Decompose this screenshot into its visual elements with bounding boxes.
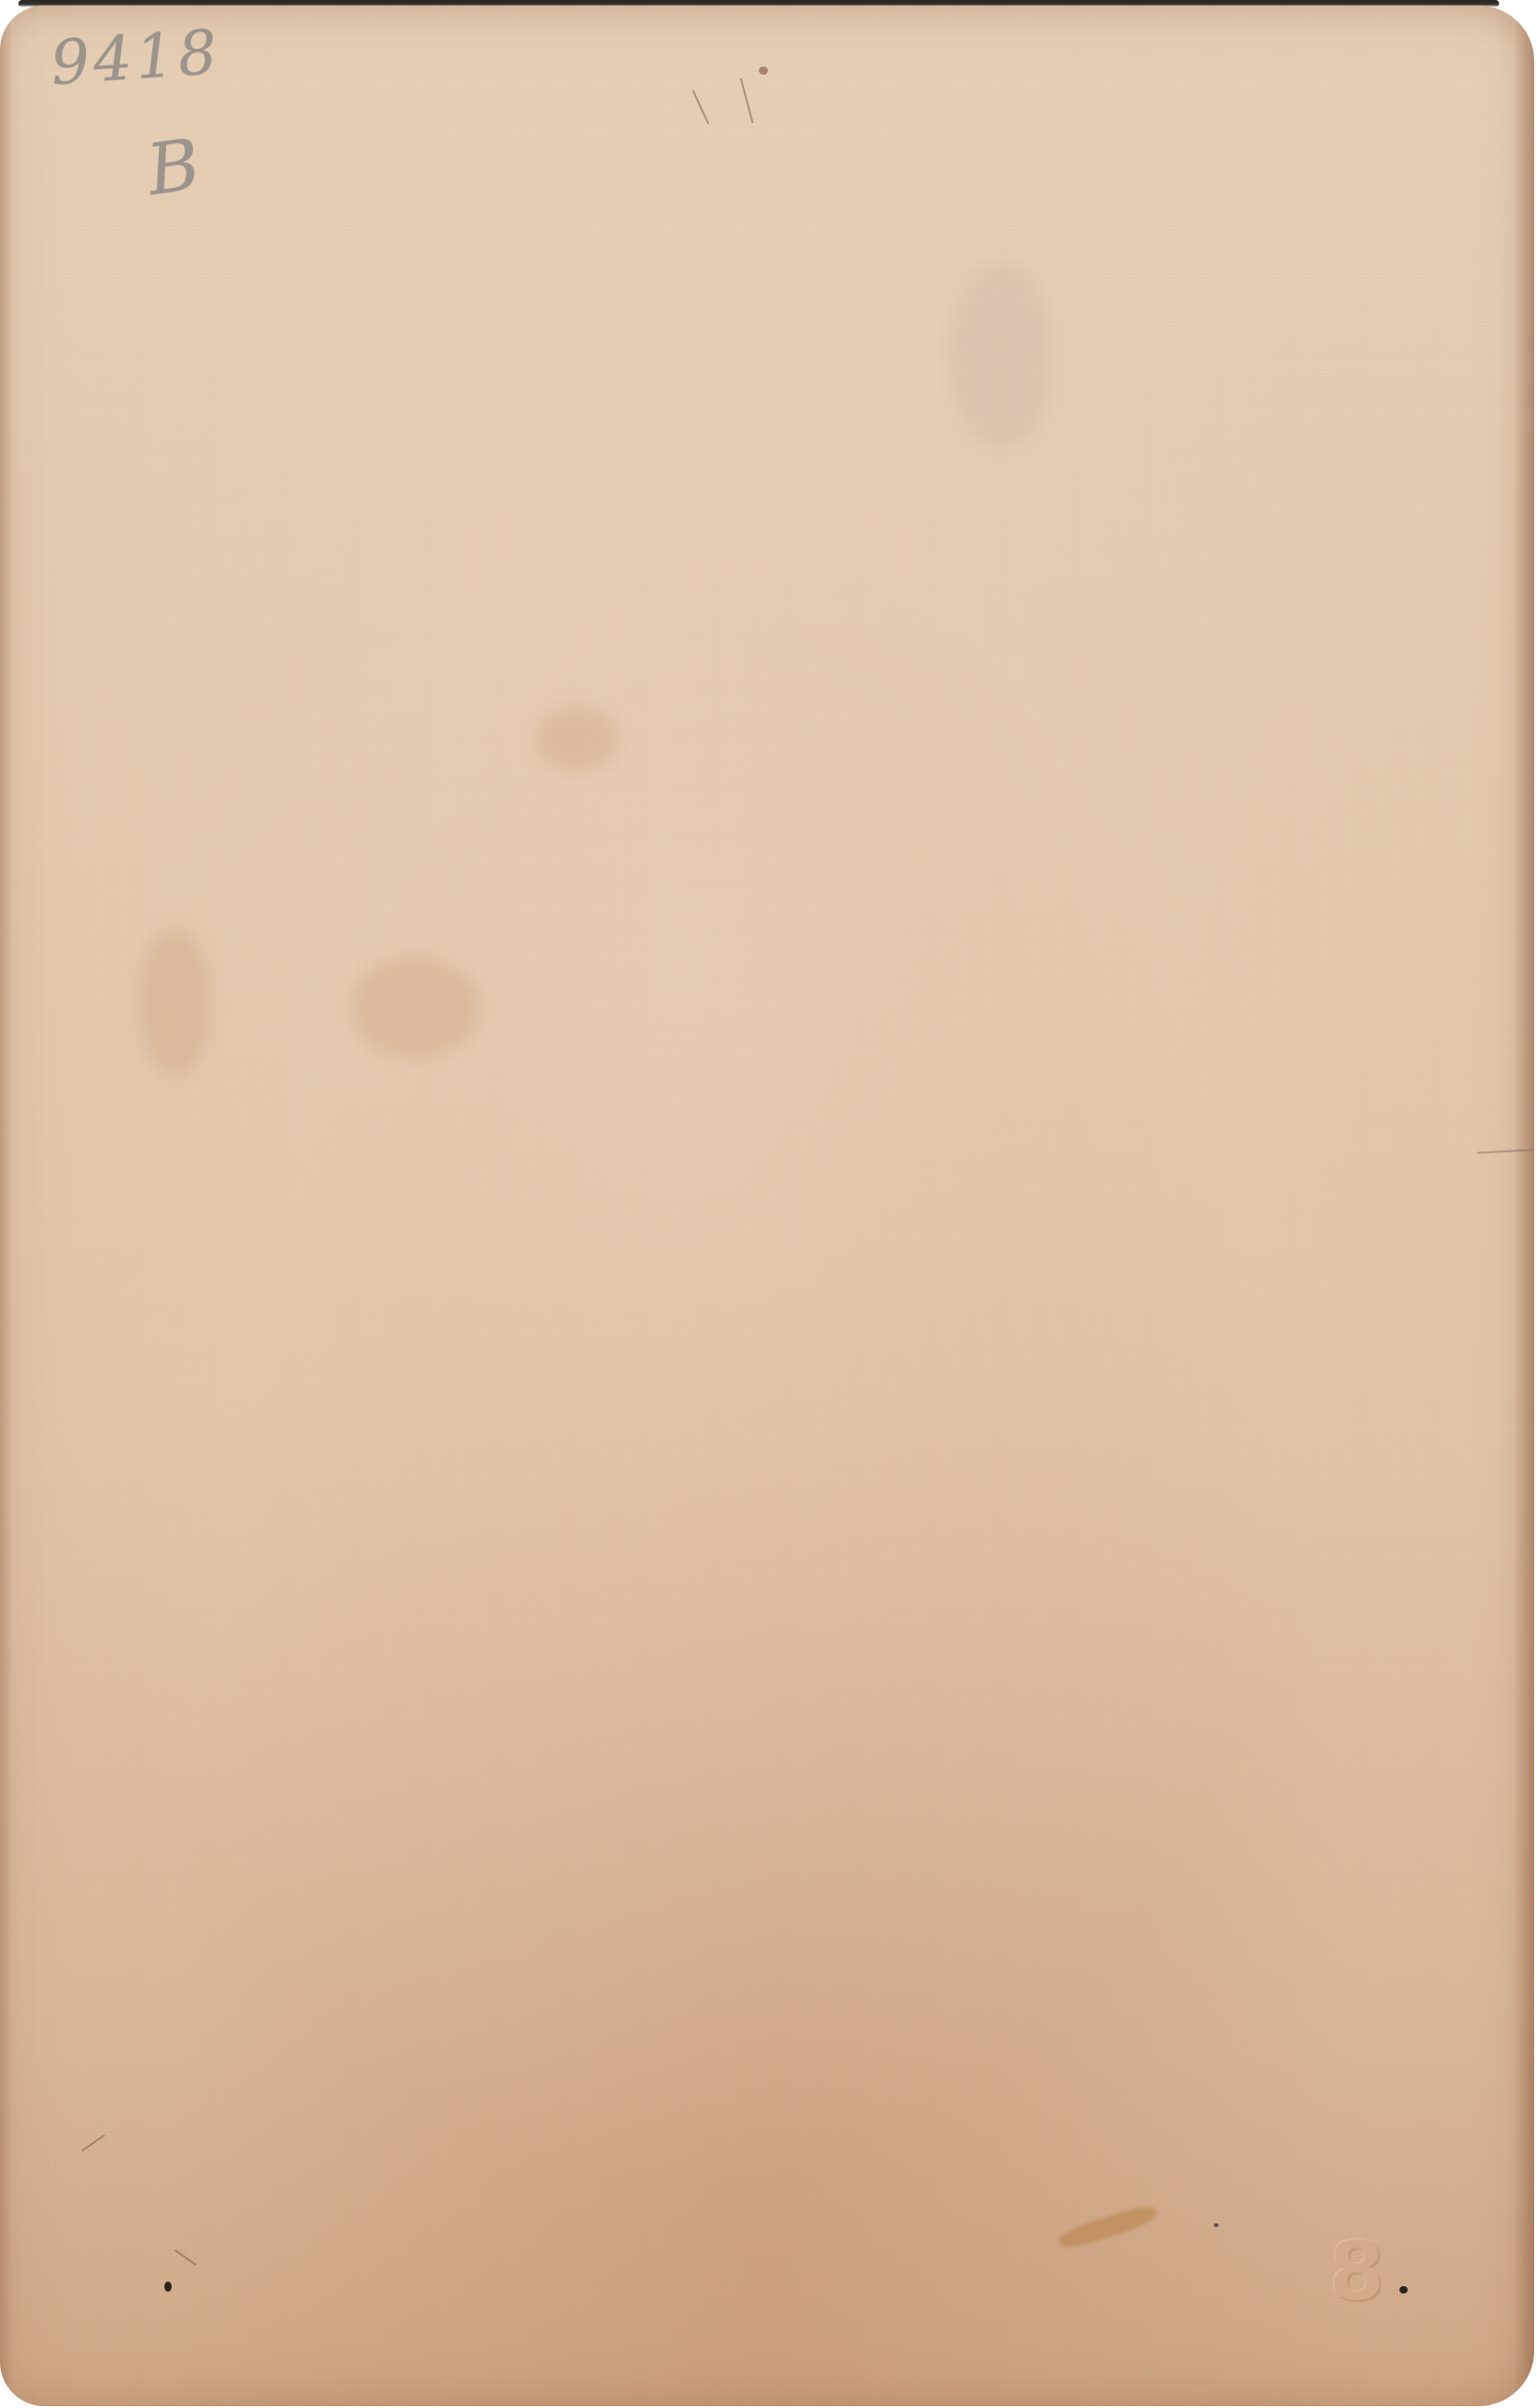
- surface-scratch: [740, 78, 754, 124]
- embossed-number-mark: 8: [1320, 2231, 1394, 2314]
- foxing-stain: [351, 957, 480, 1058]
- scan-background: 9418 B 8: [0, 0, 1536, 2408]
- foxing-stain: [535, 707, 618, 772]
- cabinet-card-back: 9418 B 8: [0, 6, 1534, 2406]
- surface-scratch: [81, 2135, 105, 2152]
- ink-smudge: [1056, 2202, 1158, 2253]
- foxing-stain: [138, 929, 212, 1077]
- card-right-edge: [1514, 6, 1534, 2406]
- handwritten-catalog-number: 9418: [49, 17, 223, 100]
- brown-speck: [759, 66, 768, 75]
- dark-speck: [1214, 2223, 1218, 2227]
- surface-scratch: [692, 90, 710, 124]
- card-left-edge: [0, 6, 13, 2406]
- foxing-stain: [951, 264, 1052, 449]
- dark-speck: [164, 2282, 172, 2292]
- paper-texture: [0, 6, 1534, 2406]
- surface-scratch: [174, 2249, 197, 2266]
- handwritten-letter: B: [142, 122, 209, 211]
- dark-speck: [1399, 2286, 1408, 2294]
